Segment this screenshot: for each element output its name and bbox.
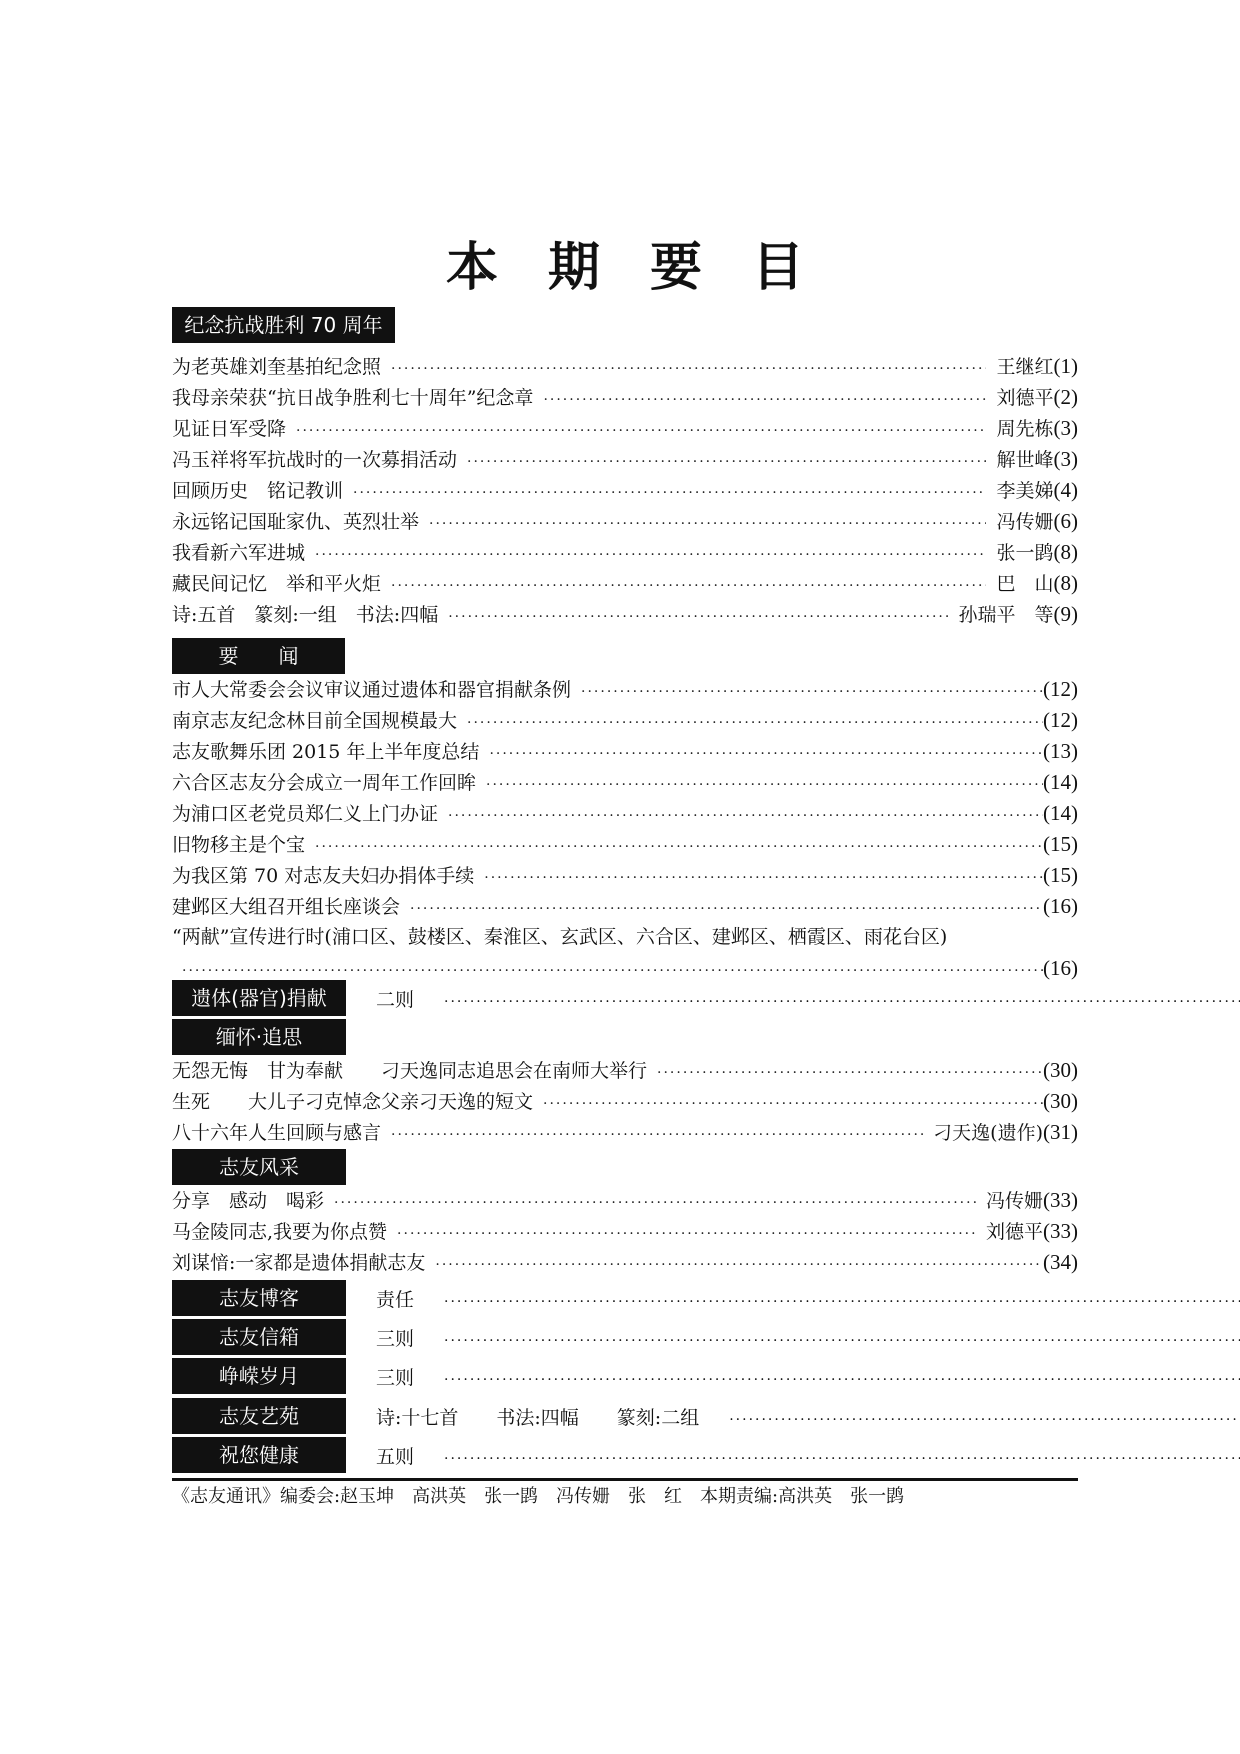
toc-entry[interactable]: 马金陵同志,我要为你点赞刘德平(33) [172,1216,1078,1247]
toc-entry[interactable]: 我母亲荣获“抗日战争胜利七十周年”纪念章刘德平(2) [172,382,1078,413]
toc-entry[interactable]: 南京志友纪念林目前全国规模最大(12) [172,705,1078,736]
section-header: 纪念抗战胜利 70 周年 [172,307,395,343]
leader-dots [467,447,986,478]
entry-title: 市人大常委会会议审议通过遗体和器官捐献条例 [172,675,581,706]
entry-title: “两献”宣传进行时(浦口区、鼓楼区、秦淮区、玄武区、六合区、建邺区、栖霞区、雨花… [172,922,957,953]
leader-dots [729,1412,1240,1428]
entry-page: (15) [1043,860,1078,891]
editorial-board-footer: 《志友通讯》编委会:赵玉坤 高洪英 张一鹍 冯传姗 张 红 本期责编:高洪英 张… [172,1483,1078,1511]
toc-entry-long[interactable]: “两献”宣传进行时(浦口区、鼓楼区、秦淮区、玄武区、六合区、建邺区、栖霞区、雨花… [172,922,1078,953]
toc-entry[interactable]: 刘谋愔:一家都是遗体捐献志友(34) [172,1247,1078,1278]
column-years[interactable]: 峥嵘岁月 三则(37) [172,1358,1078,1394]
entry-author: 刘德平 [986,383,1053,414]
leader-dots [353,478,986,509]
entry-page: (33) [1043,1216,1078,1247]
section-body-donation[interactable]: 遗体(器官)捐献 二则(29) [172,980,1078,1016]
entry-title: 我看新六军进城 [172,538,315,569]
entry-author: 王继红 [986,352,1053,383]
leader-dots [467,708,1043,739]
entry-author: 冯传姗 [986,507,1053,538]
leader-dots [444,1333,1240,1349]
entry-page: (12) [1043,674,1078,705]
toc-entry[interactable]: 建邺区大组召开组长座谈会(16) [172,891,1078,922]
entry-title: 八十六年人生回顾与感言 [172,1118,391,1149]
entry-title: 旧物移主是个宝 [172,830,315,861]
entry-title: 二则 [376,985,444,1012]
section-commemoration: 纪念抗战胜利 70 周年 为老英雄刘奎基拍纪念照王继红(1) 我母亲荣获“抗日战… [172,307,1078,630]
leader-dots [391,354,986,385]
entry-title: 诗:五首 篆刻:一组 书法:四幅 [172,600,448,631]
leader-dots [391,571,986,602]
leader-dots [543,1089,1043,1120]
toc-entry[interactable]: 六合区志友分会成立一周年工作回眸(14) [172,767,1078,798]
entry-page: (14) [1043,798,1078,829]
entry-title: 志友歌舞乐团 2015 年上半年度总结 [172,737,489,768]
entry-page: (6) [1054,506,1079,537]
entry-author: 张一鹍 [986,538,1053,569]
entry-page: (13) [1043,736,1078,767]
entry-title: 冯玉祥将军抗战时的一次募捐活动 [172,445,467,476]
toc-entry[interactable]: 藏民间记忆 举和平火炬巴 山(8) [172,568,1078,599]
section-header: 祝您健康 [172,1437,346,1473]
entry-title: 永远铭记国耻家仇、英烈壮举 [172,507,429,538]
entry-title: 刘谋愔:一家都是遗体捐献志友 [172,1248,435,1279]
entry-page: (3) [1054,413,1079,444]
toc-entry[interactable]: 冯玉祥将军抗战时的一次募捐活动解世峰(3) [172,444,1078,475]
column-arts[interactable]: 志友艺苑 诗:十七首 书法:四幅 篆刻:二组(40) [172,1398,1078,1434]
leader-dots [657,1058,1043,1089]
entry-title: 建邺区大组召开组长座谈会 [172,892,410,923]
entry-author: 孙瑞平 等 [948,600,1053,631]
toc-entry[interactable]: 永远铭记国耻家仇、英烈壮举冯传姗(6) [172,506,1078,537]
toc-entry[interactable]: 为老英雄刘奎基拍纪念照王继红(1) [172,351,1078,382]
section-header: 志友风采 [172,1149,346,1185]
entry-title: 诗:十七首 书法:四幅 篆刻:二组 [376,1403,729,1430]
entry-page: (34) [1043,1247,1078,1278]
toc-entry[interactable]: 市人大常委会会议审议通过遗体和器官捐献条例(12) [172,674,1078,705]
section-header: 志友信箱 [172,1319,346,1355]
entry-page: (30) [1043,1055,1078,1086]
column-health[interactable]: 祝您健康 五则(44) [172,1437,1078,1473]
toc-entry[interactable]: 我看新六军进城张一鹍(8) [172,537,1078,568]
entry-page: (8) [1054,537,1079,568]
entry-page: (3) [1054,444,1079,475]
entry-author: 李美娣 [986,476,1053,507]
entry-title: 回顾历史 铭记教训 [172,476,353,507]
entry-title: 责任 [376,1285,444,1312]
entry-page: (31) [1043,1117,1078,1148]
entry-title: 分享 感动 喝彩 [172,1186,334,1217]
leader-dots [581,677,1043,708]
entry-title: 马金陵同志,我要为你点赞 [172,1217,397,1248]
entry-author: 冯传姗 [976,1186,1043,1217]
toc-entry[interactable]: 诗:五首 篆刻:一组 书法:四幅孙瑞平 等(9) [172,599,1078,630]
entry-title: 为浦口区老党员郑仁义上门办证 [172,799,448,830]
toc-entry[interactable]: 志友歌舞乐团 2015 年上半年度总结(13) [172,736,1078,767]
section-volunteer-style: 志友风采 分享 感动 喝彩冯传姗(33) 马金陵同志,我要为你点赞刘德平(33)… [172,1149,1078,1278]
section-news: 要 闻 市人大常委会会议审议通过遗体和器官捐献条例(12) 南京志友纪念林目前全… [172,638,1078,984]
section-header: 志友博客 [172,1280,346,1316]
entry-author: 刁天逸(遗作) [923,1118,1043,1149]
leader-dots [543,385,986,416]
leader-dots [397,1219,976,1250]
entry-page: (12) [1043,705,1078,736]
entry-page: (9) [1054,599,1079,630]
leader-dots [448,602,948,633]
entry-title: 为我区第 70 对志友夫妇办捐体手续 [172,861,484,892]
entry-author: 刘德平 [976,1217,1043,1248]
leader-dots [296,416,986,447]
entry-title: 为老英雄刘奎基拍纪念照 [172,352,391,383]
entry-title: 南京志友纪念林目前全国规模最大 [172,706,467,737]
toc-entry[interactable]: 旧物移主是个宝(15) [172,829,1078,860]
section-header: 遗体(器官)捐献 [172,980,346,1016]
entry-author: 巴 山 [986,569,1053,600]
entry-page: (2) [1054,382,1079,413]
section-header: 要 闻 [172,638,345,674]
leader-dots [435,1250,1043,1281]
entry-page: (33) [1043,1185,1078,1216]
section-header: 志友艺苑 [172,1398,346,1434]
entry-title: 五则 [376,1442,444,1469]
entry-title: 生死 大儿子刁克悼念父亲刁天逸的短文 [172,1087,543,1118]
leader-dots [391,1120,923,1151]
toc-entry[interactable]: 见证日军受降周先栋(3) [172,413,1078,444]
column-mailbox[interactable]: 志友信箱 三则(35) [172,1319,1078,1355]
entry-page: (30) [1043,1086,1078,1117]
toc-entry[interactable]: 为我区第 70 对志友夫妇办捐体手续(15) [172,860,1078,891]
entry-author: 解世峰 [986,445,1053,476]
leader-dots [486,770,1043,801]
entry-page: (16) [1043,891,1078,922]
leader-dots [444,1294,1240,1310]
leader-dots [315,832,1043,863]
entry-page: (4) [1054,475,1079,506]
entry-title: 六合区志友分会成立一周年工作回眸 [172,768,486,799]
entry-page: (15) [1043,829,1078,860]
column-blog[interactable]: 志友博客 责任宋洪泉(34) [172,1280,1078,1316]
toc-entry[interactable]: 生死 大儿子刁克悼念父亲刁天逸的短文(30) [172,1086,1078,1117]
footer-divider [172,1478,1078,1481]
leader-dots [334,1188,976,1219]
toc-entry[interactable]: 回顾历史 铭记教训李美娣(4) [172,475,1078,506]
toc-entry[interactable]: 八十六年人生回顾与感言刁天逸(遗作)(31) [172,1117,1078,1148]
toc-entry[interactable]: 分享 感动 喝彩冯传姗(33) [172,1185,1078,1216]
entry-page: (8) [1054,568,1079,599]
leader-dots [489,739,1043,770]
entry-title: 三则 [376,1324,444,1351]
entry-title: 我母亲荣获“抗日战争胜利七十周年”纪念章 [172,383,543,414]
leader-dots [444,1372,1240,1388]
section-memorial: 缅怀·追思 无怨无悔 甘为奉献 刁天逸同志追思会在南师大举行(30) 生死 大儿… [172,1019,1078,1148]
leader-dots [410,894,1043,925]
leader-dots [448,801,1043,832]
entry-title: 无怨无悔 甘为奉献 刁天逸同志追思会在南师大举行 [172,1056,657,1087]
leader-dots [315,540,986,571]
leader-dots [429,509,986,540]
leader-dots [484,863,1043,894]
leader-dots [444,1451,1240,1467]
entry-title: 三则 [376,1363,444,1390]
entry-page: (14) [1043,767,1078,798]
toc-entry[interactable]: 为浦口区老党员郑仁义上门办证(14) [172,798,1078,829]
entry-title: 见证日军受降 [172,414,296,445]
section-header: 缅怀·追思 [172,1019,346,1055]
leader-dots [444,994,1240,1010]
entry-page: (1) [1054,351,1079,382]
section-header: 峥嵘岁月 [172,1358,346,1394]
page-title: 本期要目 [172,238,1078,298]
entry-title: 藏民间记忆 举和平火炬 [172,569,391,600]
entry-author: 周先栋 [986,414,1053,445]
toc-entry[interactable]: 无怨无悔 甘为奉献 刁天逸同志追思会在南师大举行(30) [172,1055,1078,1086]
